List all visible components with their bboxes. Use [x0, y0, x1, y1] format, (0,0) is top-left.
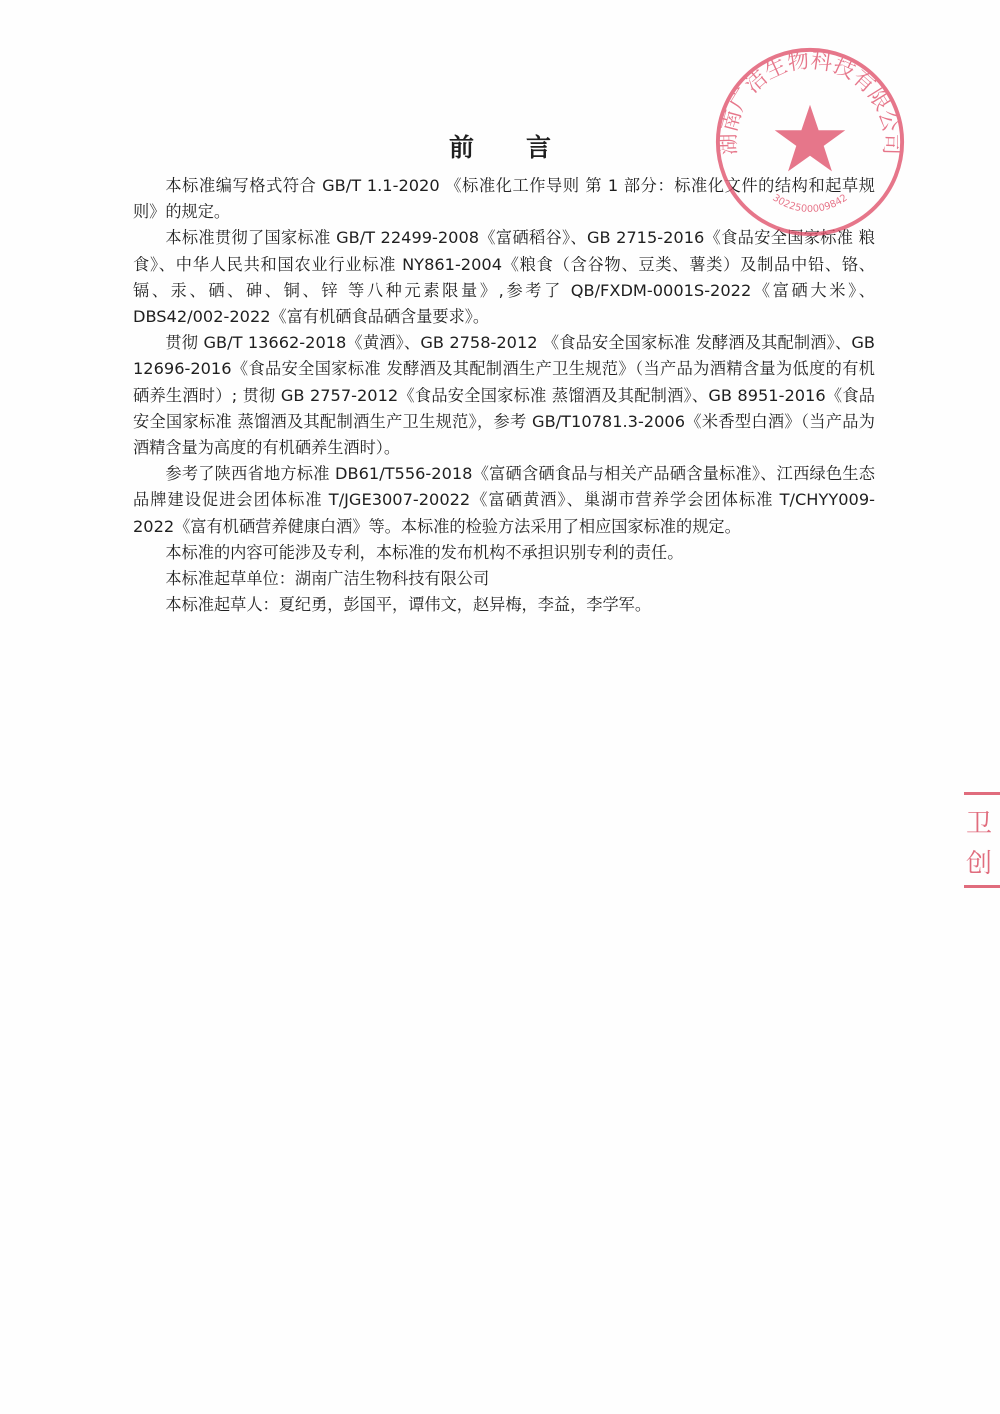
edge-stamp-icon: 卫 创: [962, 790, 1000, 890]
paragraph-drafting-unit: 本标准起草单位：湖南广洁生物科技有限公司: [133, 566, 875, 592]
paragraph-references: 参考了陕西省地方标准 DB61/T556-2018《富硒含硒食品与相关产品硒含量…: [133, 461, 875, 540]
paragraph-format: 本标准编写格式符合 GB/T 1.1-2020 《标准化工作导则 第 1 部分：…: [133, 173, 875, 225]
paragraph-drafters: 本标准起草人：夏纪勇，彭国平，谭伟文，赵异梅，李益，李学军。: [133, 592, 875, 618]
foreword-body: 本标准编写格式符合 GB/T 1.1-2020 《标准化工作导则 第 1 部分：…: [133, 173, 875, 618]
svg-text:卫: 卫: [966, 809, 992, 839]
svg-text:创: 创: [966, 849, 992, 879]
paragraph-wine-standards: 贯彻 GB/T 13662-2018《黄酒》、GB 2758-2012 《食品安…: [133, 330, 875, 461]
page-title: 前言: [0, 128, 1000, 164]
document-page: 前言 本标准编写格式符合 GB/T 1.1-2020 《标准化工作导则 第 1 …: [0, 0, 1000, 1414]
paragraph-patent: 本标准的内容可能涉及专利，本标准的发布机构不承担识别专利的责任。: [133, 540, 875, 566]
paragraph-national-standards: 本标准贯彻了国家标准 GB/T 22499-2008《富硒稻谷》、GB 2715…: [133, 225, 875, 330]
